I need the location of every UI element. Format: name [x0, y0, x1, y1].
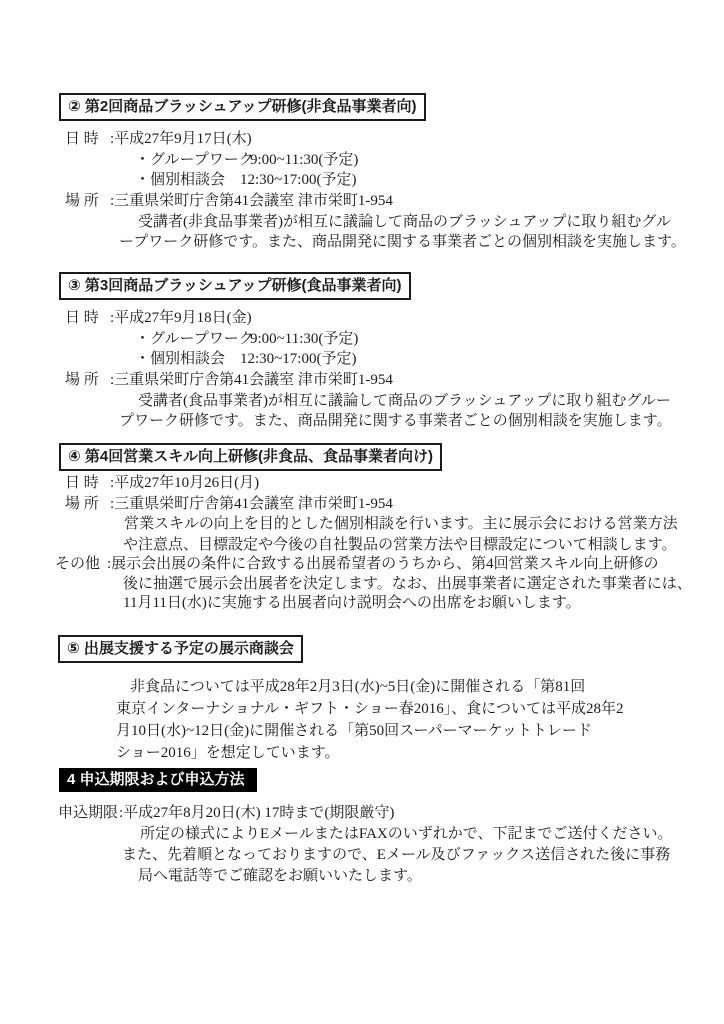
body-line: 非食品については平成28年2月3日(水)~5日(金)に開催される「第81回 — [130, 677, 585, 697]
description-line: 受講者(食品事業者)が相互に議論して商品のブラッシュアップに取り組むグルー — [138, 391, 671, 411]
description-line: ープワーク研修です。また、商品開発に関する事業者ごとの個別相談を実施します。 — [119, 232, 686, 252]
datetime-value: :平成27年9月17日(木) — [110, 129, 252, 149]
section-heading-expo: ⑤ 出展支援する予定の展示商談会 — [58, 635, 303, 663]
description-line: プワーク研修です。また、商品開発に関する事業者ごとの個別相談を実施します。 — [119, 411, 672, 431]
datetime-value: :平成27年10月26日(月) — [110, 473, 259, 493]
section-heading-application: 4 申込期限および申込方法 — [59, 768, 257, 792]
description-line: や注意点、目標設定や今後の自社製品の営業方法や目標設定について相談します。 — [123, 535, 677, 555]
deadline-label: 申込期限 — [58, 803, 118, 823]
section-heading-workshop3: ③ 第3回商品ブラッシュアップ研修(食品事業者向) — [59, 272, 411, 300]
place-value: :三重県栄町庁舎第41会議室 津市栄町1-954 — [110, 494, 393, 514]
body-line: 局へ電話等でご確認をお願いいたします。 — [138, 866, 422, 886]
consult-time: 12:30~17:00(予定) — [240, 170, 356, 190]
groupwork-bullet: ・グループワーク — [135, 150, 254, 170]
other-line: 11月11日(水)に実施する出展者向け説明会への出席をお願いします。 — [123, 593, 581, 613]
other-line: 後に抽選で展示会出展者を決定します。なお、出展事業者に選定された事業者には、 — [123, 574, 692, 594]
section-heading-workshop2: ② 第2回商品ブラッシュアップ研修(非食品事業者向) — [59, 93, 426, 121]
consult-bullet: ・個別相談会 — [135, 349, 225, 369]
body-line: 所定の様式によりEメールまたはFAXのいずれかで、下記までご送付ください。 — [140, 824, 672, 844]
other-line: :展示会出展の条件に合致する出展希望者のうちから、第4回営業スキル向上研修の — [107, 554, 659, 574]
groupwork-time: 9:00~11:30(予定) — [250, 150, 358, 170]
other-label: その他 — [55, 554, 100, 574]
body-line: また、先着順となっておりますので、Eメール及びファックス送信された後に事務 — [122, 845, 670, 865]
datetime-label: 日 時 — [65, 129, 99, 149]
deadline-value: :平成27年8月20日(木) 17時まで(期限厳守) — [119, 803, 394, 823]
datetime-value: :平成27年9月18日(金) — [110, 308, 252, 328]
place-label: 場 所 — [65, 494, 99, 514]
groupwork-bullet: ・グループワーク — [135, 329, 254, 349]
place-label: 場 所 — [65, 370, 99, 390]
place-label: 場 所 — [65, 191, 99, 211]
datetime-label: 日 時 — [65, 473, 99, 493]
body-line: 東京インターナショナル・ギフト・ショー春2016」、食については平成28年2 — [116, 699, 623, 719]
place-value: :三重県栄町庁舎第41会議室 津市栄町1-954 — [110, 370, 393, 390]
place-value: :三重県栄町庁舎第41会議室 津市栄町1-954 — [110, 191, 393, 211]
consult-time: 12:30~17:00(予定) — [240, 349, 356, 369]
description-line: 受講者(非食品事業者)が相互に議論して商品のブラッシュアップに取り組むグル — [138, 212, 671, 232]
datetime-label: 日 時 — [65, 308, 99, 328]
body-line: ショー2016」を想定しています。 — [116, 743, 340, 763]
groupwork-time: 9:00~11:30(予定) — [250, 329, 358, 349]
body-line: 月10日(水)~12日(金)に開催される「第50回スーパーマーケットトレード — [116, 721, 592, 741]
section-heading-workshop4: ④ 第4回営業スキル向上研修(非食品、食品事業者向け) — [59, 443, 442, 471]
consult-bullet: ・個別相談会 — [135, 170, 225, 190]
description-line: 営業スキルの向上を目的とした個別相談を行います。主に展示会における営業方法 — [124, 514, 678, 534]
document-page: ② 第2回商品ブラッシュアップ研修(非食品事業者向) 日 時 :平成27年9月1… — [0, 0, 724, 1024]
